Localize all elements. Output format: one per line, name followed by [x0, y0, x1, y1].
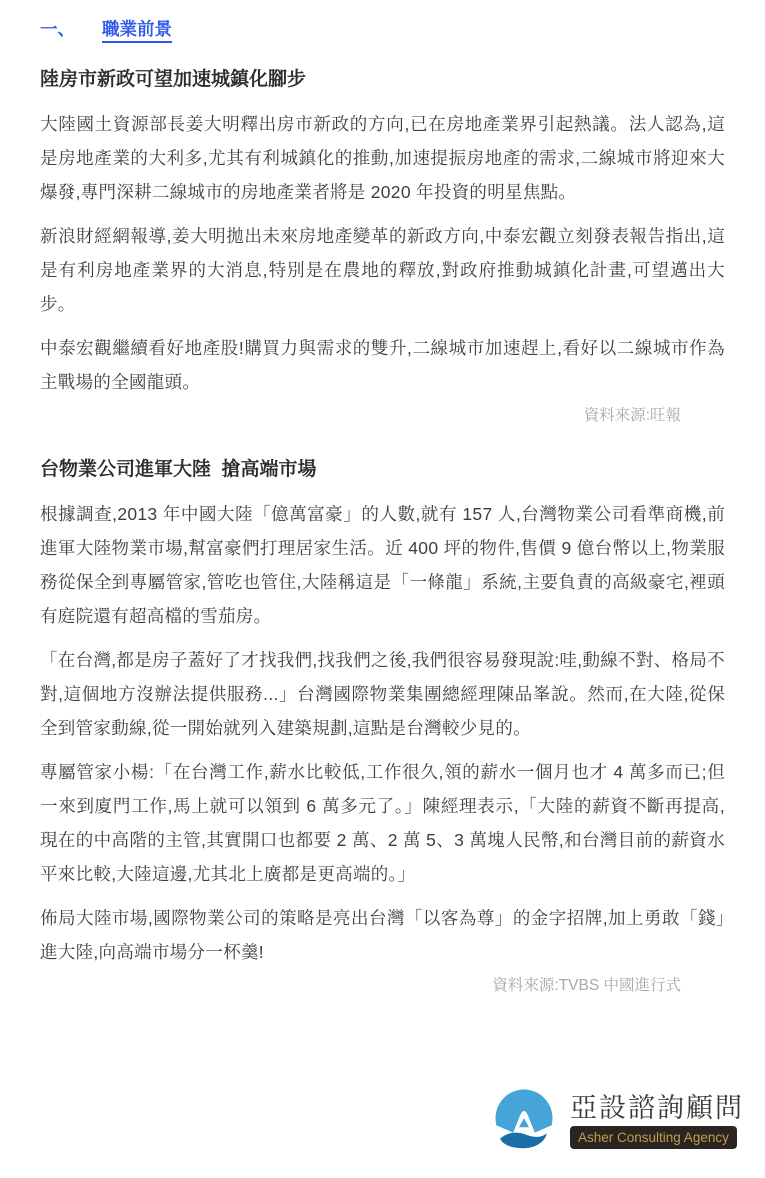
article-title: 台物業公司進軍大陸 搶高端市場	[40, 453, 725, 487]
company-logo-text: 亞設諮詢顧問 Asher Consulting Agency	[570, 1092, 744, 1149]
company-name-en-badge: Asher Consulting Agency	[570, 1126, 737, 1149]
company-name-zh: 亞設諮詢顧問	[570, 1092, 744, 1124]
document-content: 一、職業前景 陸房市新政可望加速城鎮化腳步 大陸國土資源部長姜大明釋出房市新政的…	[0, 0, 765, 1001]
paragraph: 中泰宏觀繼續看好地產股!購買力與需求的雙升,二線城市加速趕上,看好以二線城市作為…	[40, 331, 725, 399]
article-title: 陸房市新政可望加速城鎮化腳步	[40, 63, 725, 97]
document-page: 一、職業前景 陸房市新政可望加速城鎮化腳步 大陸國土資源部長姜大明釋出房市新政的…	[0, 0, 765, 1178]
section-number: 一、	[40, 19, 75, 39]
company-logo: 亞設諮詢顧問 Asher Consulting Agency	[494, 1086, 744, 1154]
article-housing-policy: 陸房市新政可望加速城鎮化腳步 大陸國土資源部長姜大明釋出房市新政的方向,已在房地…	[40, 63, 725, 431]
asher-a-wave-icon	[494, 1086, 554, 1154]
paragraph: 新浪財經網報導,姜大明拋出未來房地產變革的新政方向,中泰宏觀立刻發表報告指出,這…	[40, 219, 725, 321]
source-caption: 資料來源:TVBS 中國進行式	[40, 971, 725, 1001]
section-title: 職業前景	[102, 19, 172, 43]
section-heading: 一、職業前景	[40, 12, 725, 47]
paragraph: 「在台灣,都是房子蓋好了才找我們,找我們之後,我們很容易發現說:哇,動線不對、格…	[40, 643, 725, 745]
paragraph: 佈局大陸市場,國際物業公司的策略是亮出台灣「以客為尊」的金字招牌,加上勇敢「錢」…	[40, 901, 725, 969]
paragraph: 大陸國土資源部長姜大明釋出房市新政的方向,已在房地產業界引起熱議。法人認為,這是…	[40, 107, 725, 209]
source-caption: 資料來源:旺報	[40, 401, 725, 431]
article-property-management: 台物業公司進軍大陸 搶高端市場 根據調查,2013 年中國大陸「億萬富豪」的人數…	[40, 453, 725, 1001]
paragraph: 根據調查,2013 年中國大陸「億萬富豪」的人數,就有 157 人,台灣物業公司…	[40, 497, 725, 633]
paragraph: 專屬管家小楊:「在台灣工作,薪水比較低,工作很久,領的薪水一個月也才 4 萬多而…	[40, 755, 725, 891]
